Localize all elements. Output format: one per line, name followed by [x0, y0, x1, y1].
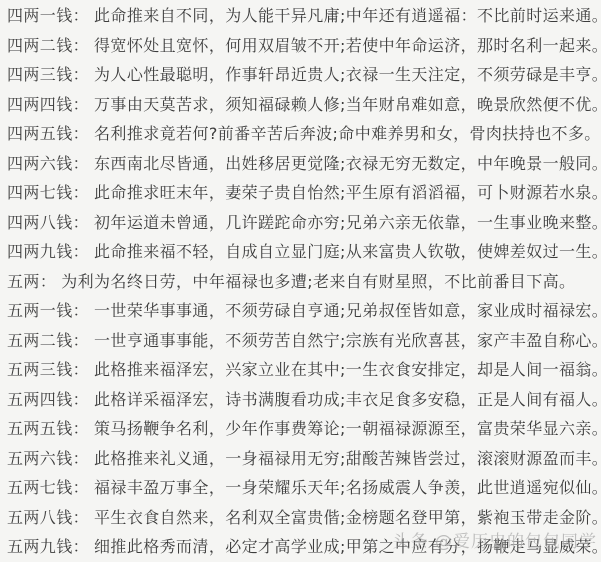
fortune-entry: 五两三钱：此格推来福泽宏，兴家立业在其中;一生衣食安排定，却是人间一福翁。	[7, 355, 601, 385]
weight-label: 四两六钱	[7, 154, 73, 173]
fortune-entry: 五两五钱：策马扬鞭争名利，少年作事费筹论;一朝福禄源源至，富贵荣华显六亲。	[7, 414, 601, 444]
fortune-entry: 五两四钱：此格详采福泽宏，诗书满腹看功成;丰衣足食多安稳，正是人间有福人。	[7, 385, 601, 415]
label-colon: ：	[73, 95, 89, 114]
fortune-verse: 一世亨通事事能，不须劳苦自然宁;宗族有光欣喜甚，家产丰盈自称心。	[94, 331, 601, 350]
fortune-entry: 五两八钱：平生衣食自然来，名利双全富贵偕;金榜题名登甲第，紫袍玉带走金阶。	[7, 503, 601, 533]
fortune-entry: 四两九钱：此命推来福不轻，自成自立显门庭;从来富贵人钦敬，使婢差奴过一生。	[7, 237, 601, 267]
fortune-text-page: { "page": { "background_color": "#f5f5f3…	[0, 0, 601, 562]
weight-label: 四两五钱	[7, 124, 73, 143]
weight-label: 五两四钱	[7, 390, 73, 409]
weight-label: 四两三钱	[7, 65, 73, 84]
fortune-verse: 一世荣华事事通，不须劳碌自亨通;兄弟叔侄皆如意，家业成时福禄宏。	[94, 301, 601, 320]
fortune-entry: 四两二钱：得宽怀处且宽怀，何用双眉皱不开;若使中年命运济，那时名利一起来。	[7, 31, 601, 61]
weight-label: 五两三钱	[7, 360, 73, 379]
fortune-verse: 此格详采福泽宏，诗书满腹看功成;丰衣足食多安稳，正是人间有福人。	[94, 390, 601, 409]
fortune-verse: 万事由天莫苦求，须知福碌赖人修;当年财帛难如意，晚景欣然便不优。	[94, 95, 601, 114]
fortune-verse: 名利推求竟若何?前番辛苦后奔波;命中难养男和女，骨肉扶持也不多。	[94, 124, 601, 143]
label-colon: ：	[73, 154, 89, 173]
label-colon: ：	[73, 65, 89, 84]
weight-label: 五两六钱	[7, 449, 73, 468]
label-colon: ：	[40, 272, 56, 291]
fortune-verse: 此命推求旺末年，妻荣子贵自怡然;平生原有滔滔福，可卜财源若水泉。	[94, 183, 601, 202]
fortune-verse: 此格推来福泽宏，兴家立业在其中;一生衣食安排定，却是人间一福翁。	[94, 360, 601, 379]
fortune-entry: 五两九钱：细推此格秀而清，必定才高学业成;甲第之中应有分，扬鞭走马显威荣。	[7, 532, 601, 562]
fortune-entry: 四两五钱：名利推求竟若何?前番辛苦后奔波;命中难养男和女，骨肉扶持也不多。	[7, 119, 601, 149]
weight-label: 四两二钱	[7, 36, 73, 55]
label-colon: ：	[73, 449, 89, 468]
fortune-entry: 五两一钱：一世荣华事事通，不须劳碌自亨通;兄弟叔侄皆如意，家业成时福禄宏。	[7, 296, 601, 326]
fortune-verse: 东西南北尽皆通，出姓移居更觉隆;衣禄无穷无数定，中年晚景一般同。	[94, 154, 601, 173]
label-colon: ：	[73, 36, 89, 55]
label-colon: ：	[73, 508, 89, 527]
fortune-entry: 四两七钱：此命推求旺末年，妻荣子贵自怡然;平生原有滔滔福，可卜财源若水泉。	[7, 178, 601, 208]
label-colon: ：	[73, 301, 89, 320]
weight-label: 四两一钱	[7, 6, 73, 25]
label-colon: ：	[73, 537, 89, 556]
weight-label: 五两一钱	[7, 301, 73, 320]
label-colon: ：	[73, 360, 89, 379]
fortune-entry: 五两六钱：此格推来礼义通，一身福禄用无穷;甜酸苦辣皆尝过，滚滚财源盈而丰。	[7, 444, 601, 474]
weight-label: 四两七钱	[7, 183, 73, 202]
weight-label: 四两九钱	[7, 242, 73, 261]
label-colon: ：	[73, 6, 89, 25]
label-colon: ：	[73, 242, 89, 261]
label-colon: ：	[73, 183, 89, 202]
fortune-entry: 四两一钱：此命推来自不同，为人能干异凡庸;中年还有逍遥福：不比前时运来通。	[7, 1, 601, 31]
fortune-verse: 初年运道未曾通，几许蹉跎命亦穷;兄弟六亲无依靠，一生事业晚来整。	[94, 213, 601, 232]
fortune-verse-list: 四两一钱：此命推来自不同，为人能干异凡庸;中年还有逍遥福：不比前时运来通。 四两…	[0, 0, 601, 562]
weight-label: 四两四钱	[7, 95, 73, 114]
fortune-entry: 五两：为利为名终日劳，中年福禄也多遭;老来自有财星照，不比前番目下高。	[7, 267, 601, 297]
label-colon: ：	[73, 331, 89, 350]
fortune-entry: 五两七钱：福禄丰盈万事全，一身荣耀乐天年;名扬威震人争羡，此世逍遥宛似仙。	[7, 473, 601, 503]
fortune-verse: 此格推来礼义通，一身福禄用无穷;甜酸苦辣皆尝过，滚滚财源盈而丰。	[94, 449, 601, 468]
fortune-entry: 四两八钱：初年运道未曾通，几许蹉跎命亦穷;兄弟六亲无依靠，一生事业晚来整。	[7, 208, 601, 238]
label-colon: ：	[73, 390, 89, 409]
fortune-verse: 此命推来福不轻，自成自立显门庭;从来富贵人钦敬，使婢差奴过一生。	[94, 242, 601, 261]
fortune-verse: 此命推来自不同，为人能干异凡庸;中年还有逍遥福：不比前时运来通。	[94, 6, 601, 25]
weight-label: 五两二钱	[7, 331, 73, 350]
weight-label: 四两八钱	[7, 213, 73, 232]
fortune-verse: 福禄丰盈万事全，一身荣耀乐天年;名扬威震人争羡，此世逍遥宛似仙。	[94, 478, 601, 497]
label-colon: ：	[73, 213, 89, 232]
fortune-entry: 四两六钱：东西南北尽皆通，出姓移居更觉隆;衣禄无穷无数定，中年晚景一般同。	[7, 149, 601, 179]
label-colon: ：	[73, 124, 89, 143]
weight-label: 五两九钱	[7, 537, 73, 556]
fortune-entry: 四两三钱：为人心性最聪明，作事轩昂近贵人;衣禄一生天注定，不须劳碌是丰亨。	[7, 60, 601, 90]
weight-label: 五两	[7, 272, 40, 291]
fortune-verse: 为人心性最聪明，作事轩昂近贵人;衣禄一生天注定，不须劳碌是丰亨。	[94, 65, 601, 84]
label-colon: ：	[73, 419, 89, 438]
fortune-verse: 平生衣食自然来，名利双全富贵偕;金榜题名登甲第，紫袍玉带走金阶。	[94, 508, 601, 527]
fortune-verse: 为利为名终日劳，中年福禄也多遭;老来自有财星照，不比前番目下高。	[61, 272, 575, 291]
label-colon: ：	[73, 478, 89, 497]
weight-label: 五两八钱	[7, 508, 73, 527]
fortune-entry: 四两四钱：万事由天莫苦求，须知福碌赖人修;当年财帛难如意，晚景欣然便不优。	[7, 90, 601, 120]
weight-label: 五两五钱	[7, 419, 73, 438]
fortune-verse: 细推此格秀而清，必定才高学业成;甲第之中应有分，扬鞭走马显威荣。	[94, 537, 601, 556]
fortune-entry: 五两二钱：一世亨通事事能，不须劳苦自然宁;宗族有光欣喜甚，家产丰盈自称心。	[7, 326, 601, 356]
weight-label: 五两七钱	[7, 478, 73, 497]
fortune-verse: 策马扬鞭争名利，少年作事费筹论;一朝福禄源源至，富贵荣华显六亲。	[94, 419, 601, 438]
fortune-verse: 得宽怀处且宽怀，何用双眉皱不开;若使中年命运济，那时名利一起来。	[94, 36, 601, 55]
